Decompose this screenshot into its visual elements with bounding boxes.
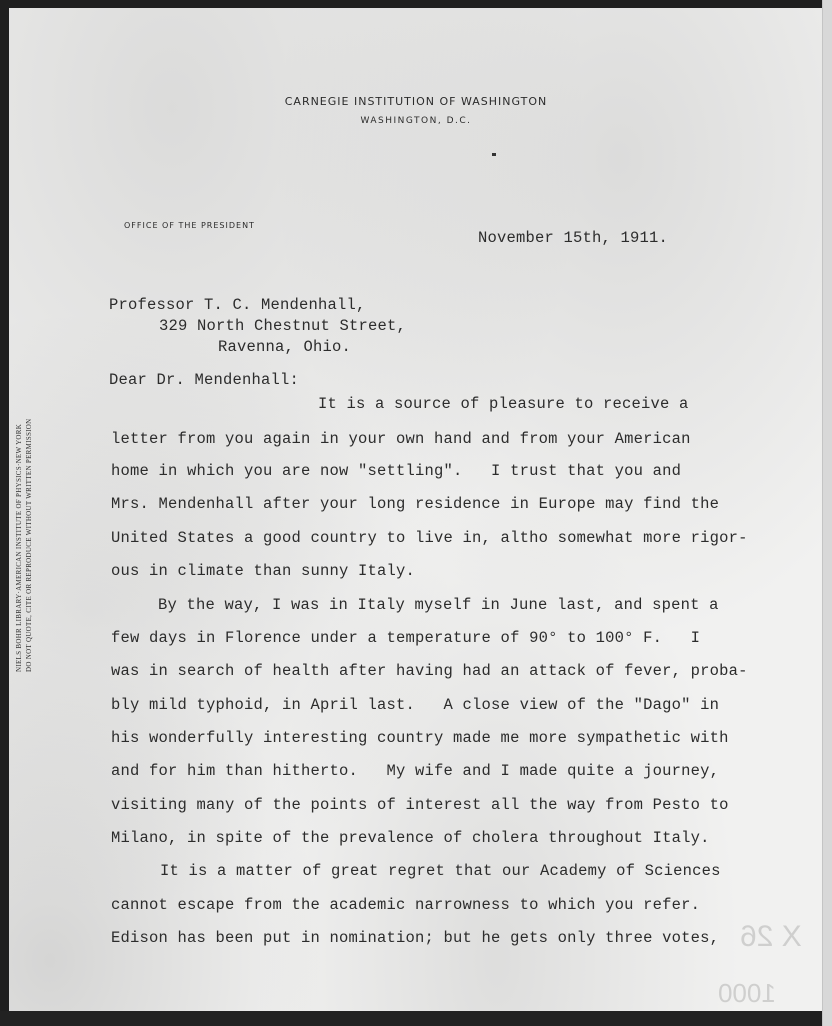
bleed-through-mark: X 26: [740, 920, 802, 954]
archive-permission-stamp: NIELS BOHR LIBRARY·AMERICAN INSTITUTE OF…: [14, 372, 44, 672]
body-line: It is a source of pleasure to receive a: [318, 395, 689, 413]
body-line: bly mild typhoid, in April last. A close…: [111, 696, 719, 714]
body-line: Mrs. Mendenhall after your long residenc…: [111, 495, 719, 513]
letter-date: November 15th, 1911.: [478, 229, 668, 247]
scan-bottom-edge: [0, 1011, 810, 1026]
body-line: United States a good country to live in,…: [111, 529, 748, 547]
body-line: visiting many of the points of interest …: [111, 796, 729, 814]
ink-dot: [492, 153, 496, 156]
recipient-street: 329 North Chestnut Street,: [159, 317, 406, 335]
recipient-city: Ravenna, Ohio.: [218, 338, 351, 356]
stamp-line-2: DO NOT QUOTE, CITE OR REPRODUCE WITHOUT …: [24, 372, 34, 672]
body-line: and for him than hitherto. My wife and I…: [111, 762, 719, 780]
body-line: By the way, I was in Italy myself in Jun…: [158, 596, 719, 614]
salutation: Dear Dr. Mendenhall:: [109, 371, 299, 389]
scanned-letter-page: CARNEGIE INSTITUTION OF WASHINGTON WASHI…: [0, 0, 832, 1026]
body-line: Edison has been put in nomination; but h…: [111, 929, 719, 947]
bleed-through-mark: 1000: [718, 978, 776, 1009]
scan-right-edge: [822, 0, 832, 1026]
body-line: was in search of health after having had…: [111, 662, 748, 680]
letterhead-office: OFFICE OF THE PRESIDENT: [124, 221, 255, 230]
body-line: home in which you are now "settling". I …: [111, 462, 681, 480]
body-line: few days in Florence under a temperature…: [111, 629, 700, 647]
letterhead-city: WASHINGTON, D.C.: [0, 116, 832, 126]
body-line: his wonderfully interesting country made…: [111, 729, 729, 747]
body-line: It is a matter of great regret that our …: [160, 862, 721, 880]
body-line: ous in climate than sunny Italy.: [111, 562, 415, 580]
recipient-name: Professor T. C. Mendenhall,: [109, 296, 366, 314]
body-line: Milano, in spite of the prevalence of ch…: [111, 829, 710, 847]
body-line: cannot escape from the academic narrowne…: [111, 896, 700, 914]
stamp-line-1: NIELS BOHR LIBRARY·AMERICAN INSTITUTE OF…: [14, 372, 24, 672]
body-line: letter from you again in your own hand a…: [111, 430, 691, 448]
letterhead-institution: CARNEGIE INSTITUTION OF WASHINGTON: [0, 95, 832, 108]
